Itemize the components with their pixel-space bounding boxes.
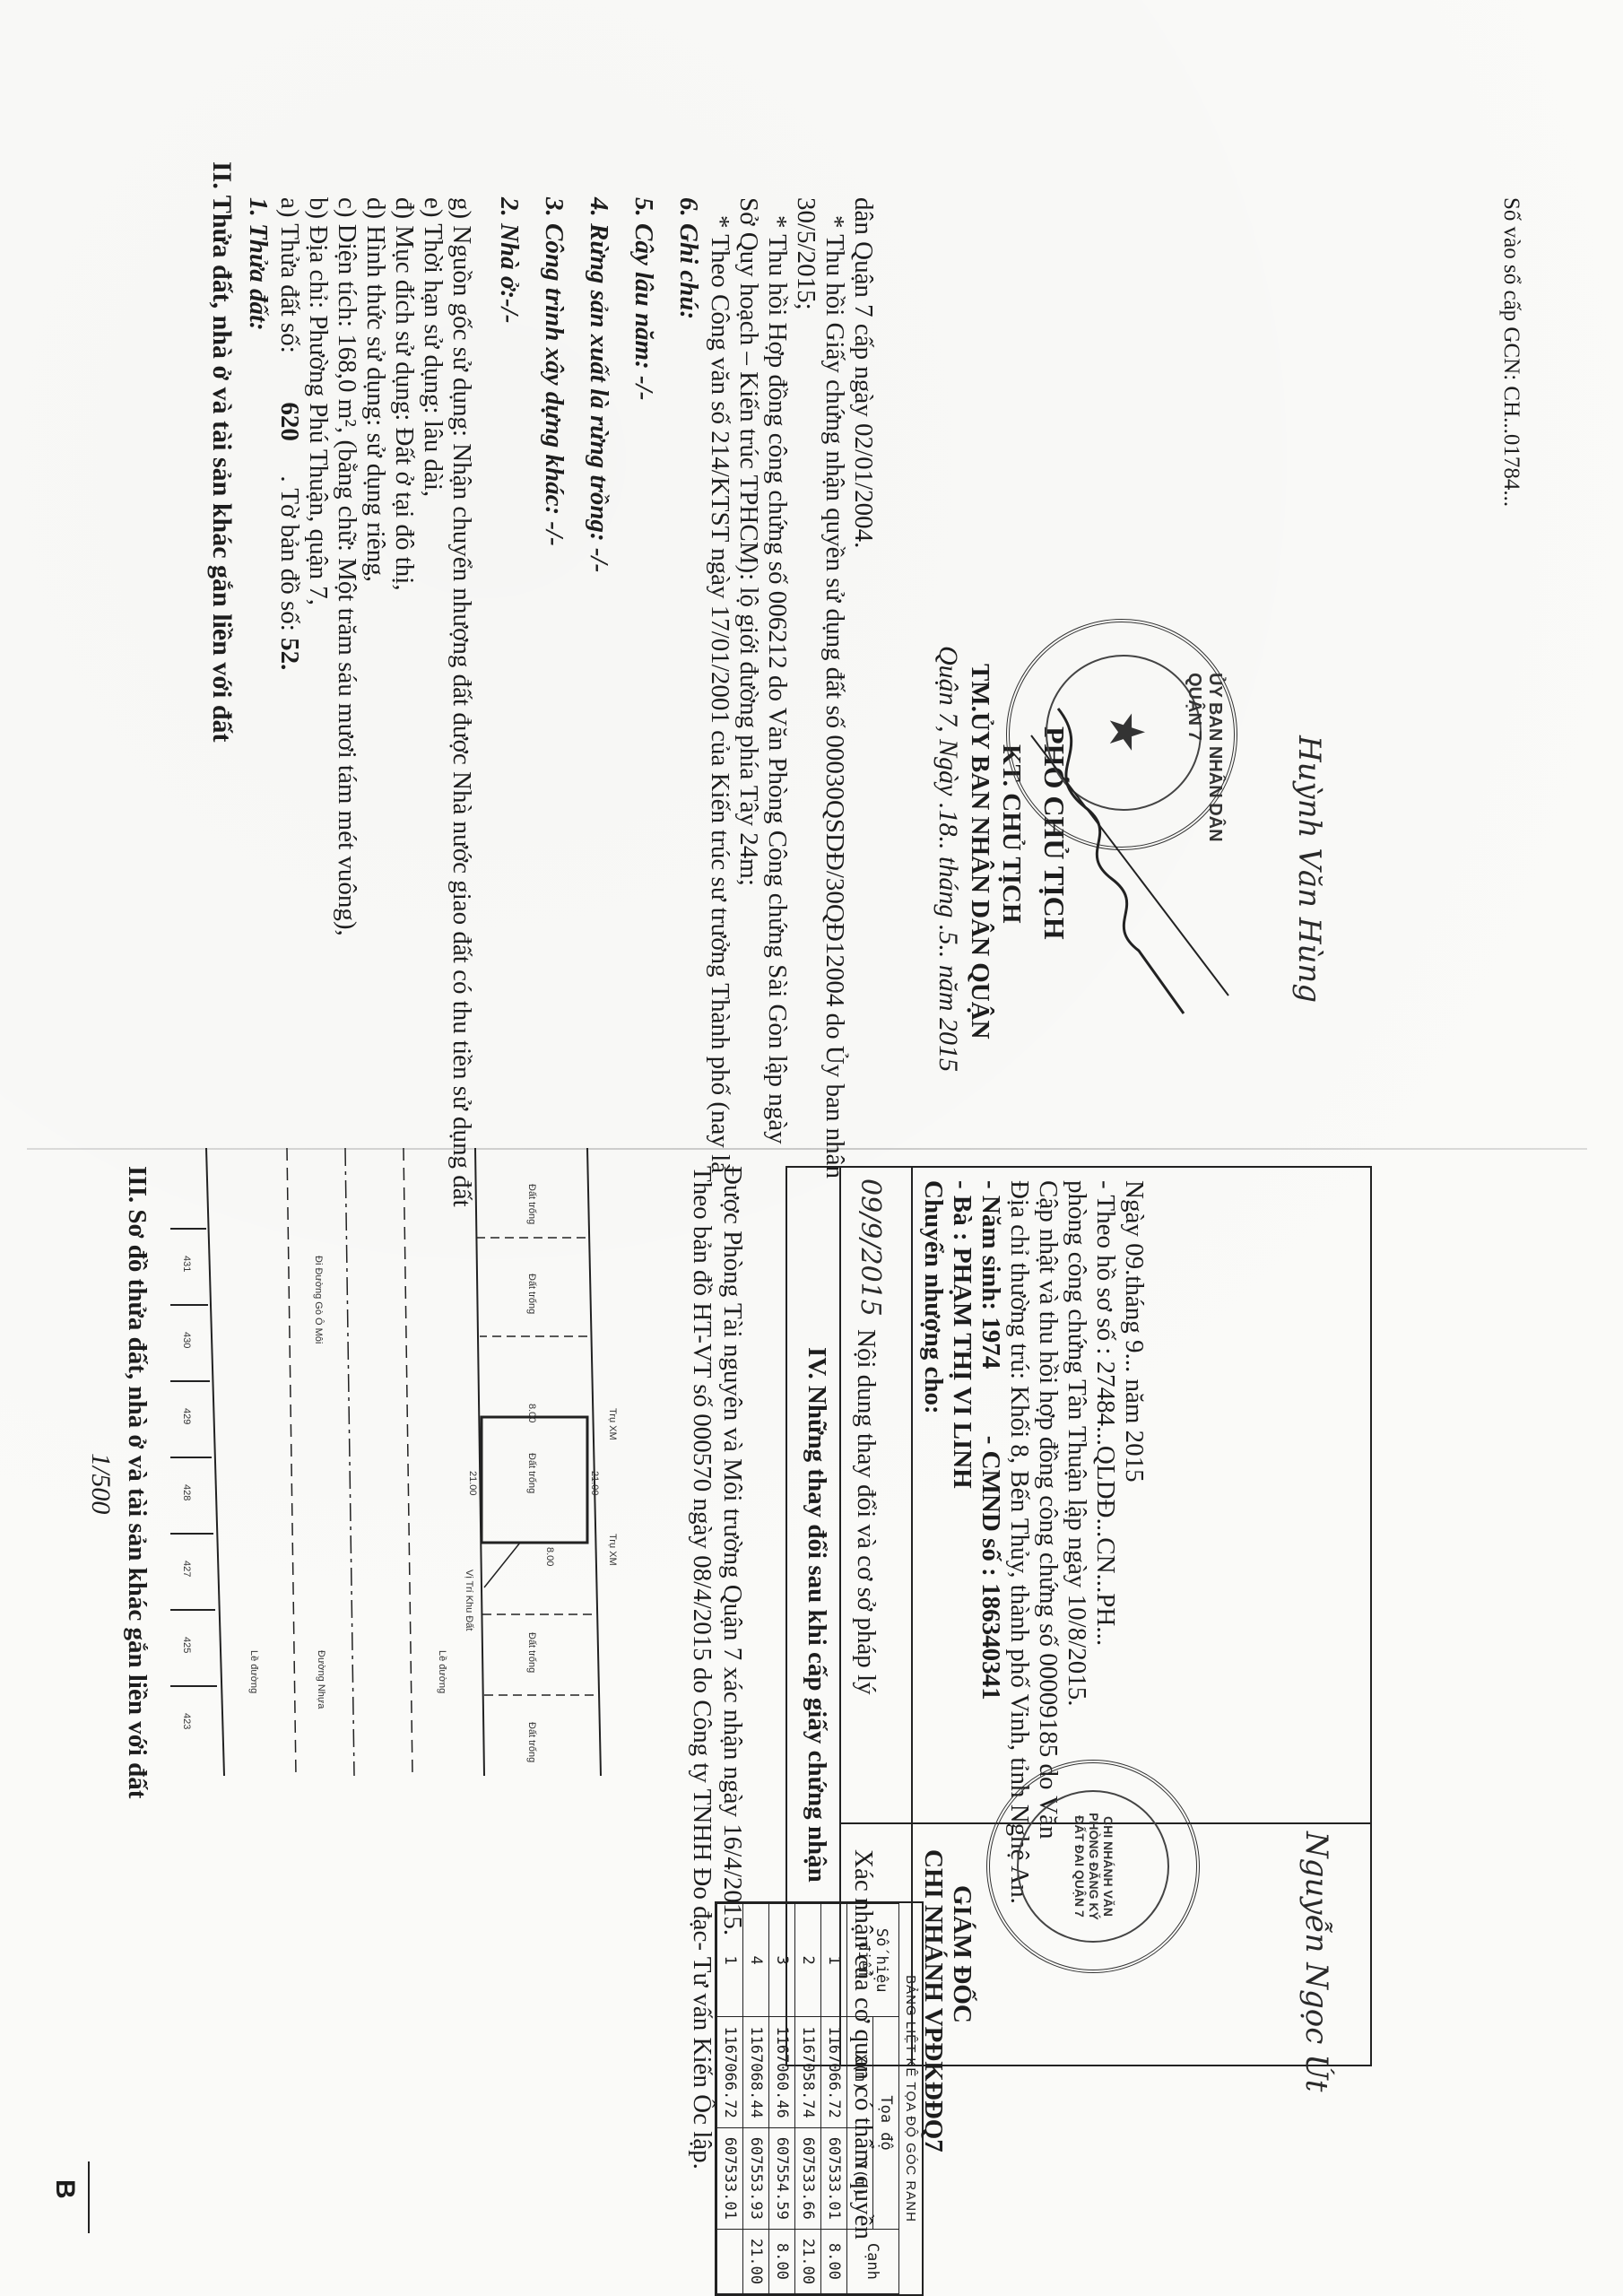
land-origin: g) Nguồn gốc sử dụng: Nhận chuyển nhượng… (446, 197, 477, 1207)
svg-text:8.00: 8.00 (526, 1404, 537, 1422)
scanned-certificate-page: II. Thửa đất, nhà ở và tài sản khác gắn … (0, 0, 1623, 2296)
entry-update: Cập nhật và thu hồi hợp đồng công chứng … (1032, 1180, 1063, 1839)
entry-file-no: - Theo hồ sơ số : 27484...QLDĐ...CN...PH… (1089, 1180, 1121, 1646)
svg-text:8.00: 8.00 (544, 1547, 555, 1566)
svg-text:423: 423 (181, 1713, 192, 1729)
forest-item: 4. Rừng sản xuất là rừng trồng: -/- (583, 197, 614, 572)
section-ii: II. Thửa đất, nhà ở và tài sản khác gắn … (0, 0, 1623, 1148)
svg-text:431: 431 (181, 1256, 192, 1272)
note-line: * Thu hồi Giấy chứng nhận quyền sử dụng … (819, 215, 850, 1178)
register-number: Số vào sổ cấp GCN: CH...01784... (1497, 197, 1524, 507)
land-title: 1. Thửa đất: (242, 197, 273, 331)
notes-title: 6. Ghi chú: (673, 197, 704, 319)
land-address: b) Địa chỉ: Phường Phú Thuận, quận 7, (302, 197, 334, 605)
parcel-label: a) Thửa đất số: (275, 197, 304, 353)
rotated-document: II. Thửa đất, nhà ở và tài sản khác gắn … (0, 0, 1623, 2296)
table-row: 11167066.72607533.01 (717, 1904, 743, 2294)
entry-l1: Chuyển nhượng cho: (917, 1180, 949, 1414)
issuing-org: TM.ỦY BAN NHÂN DÂN QUẬN (964, 664, 995, 1039)
svg-text:Đất trống: Đất trống (526, 1184, 537, 1224)
col-authority-confirm: Xác nhận của cơ quan có thẩm quyền (847, 1849, 879, 2239)
svg-text:Đi Đường Gò Ô Môi: Đi Đường Gò Ô Môi (313, 1256, 325, 1344)
entry-date: Ngày 09.tháng 9... năm 2015 (1118, 1180, 1150, 1483)
section-iii-heading: III. Sơ đồ thửa đất, nhà ở và tài sản kh… (121, 1166, 152, 1798)
svg-text:428: 428 (181, 1484, 192, 1500)
entry-notary: phòng công chứng Tân Thuận lập ngày 10/8… (1061, 1180, 1092, 1707)
land-area: c) Diện tích: 168,0 m², (bằng chữ: Một t… (331, 197, 362, 936)
parcel-number: 620 (275, 402, 304, 441)
note-line: dân Quận 7 cấp ngày 02/01/2004. (847, 197, 879, 548)
authority-org: CHI NHÁNH VPĐKĐĐQ7 (917, 1849, 949, 2152)
map-scale: 1/500 (84, 1453, 117, 1514)
change-date-handwritten: 09/9/2015 (854, 1178, 886, 1317)
authority-signer: Nguyễn Ngọc Út (1298, 1831, 1334, 2092)
svg-text:Đất trống: Đất trống (526, 1274, 537, 1314)
signing-date: Quận 7, Ngày .18.. tháng .5.. năm 2015 (932, 646, 964, 1072)
divider (911, 1168, 913, 2065)
svg-text:Trụ XM: Trụ XM (607, 1408, 618, 1440)
svg-text:Đường Nhựa: Đường Nhựa (316, 1650, 326, 1709)
north-arrow-icon (88, 2161, 90, 2233)
col-change-content: Nội dung thay đổi và cơ sở pháp lý (850, 1329, 881, 1695)
svg-text:427: 427 (181, 1561, 192, 1577)
map-sheet-label: . Tờ bản đồ số: (275, 475, 304, 631)
signature-scribble-icon (1013, 700, 1237, 1022)
svg-text:Vị Trí Khu Đất: Vị Trí Khu Đất (464, 1570, 474, 1631)
svg-text:429: 429 (181, 1408, 192, 1424)
map-sheet-number: 52 (275, 638, 304, 664)
svg-text:Đất trống: Đất trống (526, 1632, 537, 1673)
entry-transferee: - Bà : PHẠM THỊ VI LINH (946, 1180, 977, 1489)
table-row: 41167068.44607553.9321.00 (743, 1904, 769, 2294)
perennial-item: 5. Cây lâu năm: -/- (628, 197, 659, 400)
svg-text:Lề đường: Lề đường (437, 1650, 447, 1693)
svg-text:425: 425 (181, 1637, 192, 1653)
section-iv-heading: IV. Những thay đổi sau khi cấp giấy chứn… (801, 1347, 832, 1883)
land-parcel-line: a) Thửa đất số: 620 . Tờ bản đồ số: 52. (273, 197, 305, 670)
divider (839, 1168, 841, 2065)
signer-name: Huỳnh Văn Hùng (1290, 735, 1327, 1003)
map-source-note: Theo bản đồ HT-VT số 000570 ngày 08/4/20… (686, 1166, 717, 2170)
map-approval-note: Được Phòng Tài nguyên và Môi trường Quận… (716, 1166, 748, 1935)
note-line: Sở Quy hoạch – Kiến trúc TPHCM): lộ giới… (733, 197, 764, 886)
authority-role: GIÁM ĐỐC (946, 1885, 977, 2023)
svg-text:21.00: 21.00 (467, 1471, 478, 1496)
land-use-form: d) Hình thức sử dụng: sử dụng riêng, (360, 197, 391, 582)
land-use-purpose: đ) Mục đích sử dụng: Đất ở tại đô thị, (388, 197, 420, 591)
svg-text:Trụ XM: Trụ XM (607, 1534, 618, 1566)
note-line: 30/5/2015; (790, 197, 821, 310)
land-use-term: e) Thời hạn sử dụng: lâu dài, (417, 197, 448, 497)
north-arrow-label: B (48, 2179, 81, 2199)
note-line: * Theo Công văn số 214/KTST ngày 17/01/2… (704, 215, 735, 1173)
house-item: 2. Nhà ở:-/- (493, 197, 525, 323)
svg-text:Đất trống: Đất trống (526, 1453, 537, 1493)
svg-text:430: 430 (181, 1332, 192, 1348)
svg-text:21.00: 21.00 (589, 1471, 600, 1496)
entry-birth-year: - Năm sinh: 1974 - CMND số : 186340341 (975, 1180, 1006, 1700)
note-line: * Thu hồi Hợp đồng công chứng số 006212 … (761, 215, 793, 1144)
svg-text:Đất trống: Đất trống (526, 1722, 537, 1762)
section-iii-iv: 1/500 III. Sơ đồ thửa đất, nhà ở và tài … (0, 1148, 1623, 2296)
other-construction-item: 3. Công trình xây dựng khác: -/- (538, 197, 569, 546)
section-ii-heading: II. Thửa đất, nhà ở và tài sản khác gắn … (205, 161, 238, 743)
registration-office-seal-icon: CHI NHÁNH VĂN PHÒNG ĐĂNG KÝ ĐẤT ĐAI QUẬN… (986, 1760, 1200, 1973)
changes-table: IV. Những thay đổi sau khi cấp giấy chứn… (785, 1166, 1372, 2066)
svg-text:Lề đường: Lề đường (248, 1650, 259, 1693)
cadastral-map: Lề đường Đi Đường Gò Ô Môi Đường Nhựa Lề… (170, 1148, 673, 1883)
